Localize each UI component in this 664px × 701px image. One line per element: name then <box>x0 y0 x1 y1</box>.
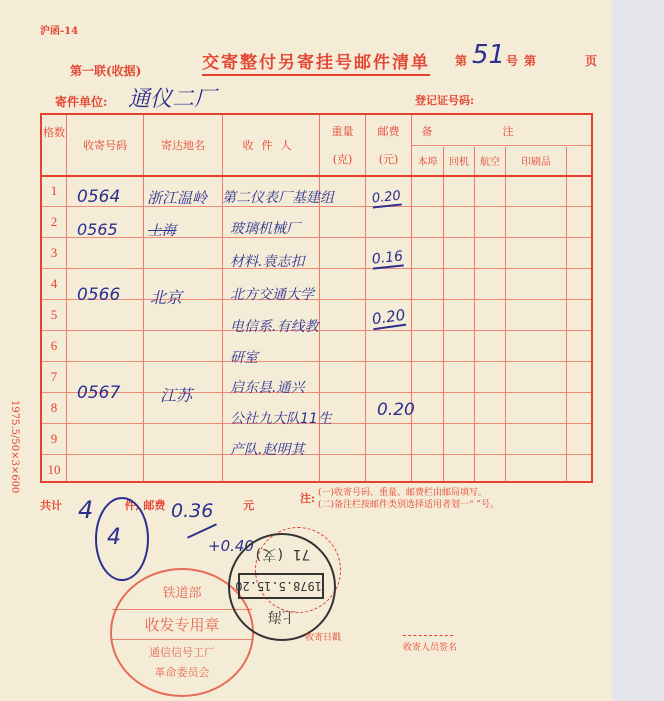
row-number: 10 <box>42 462 66 478</box>
postal-receipt-form: 沪函-14 第一联(收据) 交寄整付另寄挂号邮件清单 第 51 号第 页 寄件单… <box>0 0 612 701</box>
entry-recipient-line: 产队.赵明其 <box>230 439 304 459</box>
notes-label: 注: <box>300 492 315 505</box>
header-remarks: 备注 <box>412 123 593 139</box>
row-number: 6 <box>42 338 66 354</box>
entry-recipient-line: 启东县.通兴 <box>230 377 304 397</box>
postmark-bottom: 上海 <box>230 607 334 627</box>
postage-total-value: 0.36 <box>171 500 213 522</box>
entry-destination: 浙江温岭 <box>147 187 207 208</box>
entry-destination: 北京 <box>150 285 182 308</box>
entry-receipt-no: 0566 <box>77 285 120 305</box>
circled-count <box>95 497 149 581</box>
header-remarks-return: 回机 <box>444 153 474 168</box>
entry-receipt-no: 0567 <box>77 383 120 403</box>
row-number: 1 <box>42 183 66 199</box>
entry-recipient-line: 研室 <box>230 347 258 367</box>
postmark-date: 1978.5.15.20 <box>238 573 324 599</box>
entry-recipient-line: 公社九大队11生 <box>230 408 332 428</box>
yuan-label: 元 <box>243 499 254 512</box>
list-number-value: 51 <box>472 40 505 70</box>
header-row-count: 格数 <box>42 121 66 145</box>
seal-line: 革命委员会 <box>112 664 252 680</box>
entry-recipient-line: 材料.袁志扣 <box>230 251 304 271</box>
entry-recipient-line: 玻璃机械厂 <box>230 218 300 238</box>
entry-recipient-line: 电信系.有线教 <box>230 316 318 336</box>
entry-postage: 0.20 <box>371 189 402 209</box>
circled-count-value: 4 <box>107 525 121 550</box>
form-notes: 注: (一)收寄号码、重量、邮费栏由邮局填写。 (二)备注栏按邮件类别选择适用者… <box>300 487 499 511</box>
entry-receipt-no: 0565 <box>77 220 118 239</box>
document-title: 交寄整付另寄挂号邮件清单 <box>202 48 430 76</box>
entry-destination: 江苏 <box>160 383 192 406</box>
entry-postage: 0.20 <box>377 400 415 420</box>
postage-total-label: 邮费 <box>143 499 165 512</box>
signature-line <box>403 635 453 636</box>
seal-line: 通信信号工厂 <box>112 644 252 660</box>
entry-receipt-no: 0564 <box>77 187 120 207</box>
header-destination: 寄达地名 <box>144 137 222 153</box>
row-number: 2 <box>42 214 66 230</box>
row-number: 7 <box>42 369 66 385</box>
list-number-prefix: 第 <box>455 52 467 69</box>
header-remarks-local: 本埠 <box>412 153 443 168</box>
registration-label: 登记证号码: <box>415 92 474 108</box>
entry-recipient-line: 北方交通大学 <box>230 284 314 304</box>
row-number: 5 <box>42 307 66 323</box>
row-number: 8 <box>42 400 66 416</box>
print-run-text: 1975.5/50×3×600 <box>9 400 20 493</box>
mail-list-table: 格数 收寄号码 寄达地名 收件人 重量 (克) 邮费 (元) 备注 本埠 回机 … <box>40 113 593 483</box>
entry-postage: 0.16 <box>371 248 404 269</box>
pieces-value: 4 <box>78 496 93 524</box>
sender-label: 寄件单位: <box>55 93 107 110</box>
form-code: 沪函-14 <box>40 22 78 37</box>
row-number: 9 <box>42 431 66 447</box>
copy-label: 第一联(收据) <box>70 62 141 79</box>
total-label: 共计 件, 邮费 元 <box>40 497 254 513</box>
sender-value: 通仪二厂 <box>128 82 216 113</box>
receiver-signature-label: 收寄人员签名 <box>403 640 457 653</box>
row-number: 4 <box>42 276 66 292</box>
header-recipient: 收件人 <box>223 137 319 153</box>
postmark-date-label: 收寄日戳 <box>305 630 341 643</box>
header-remarks-printed: 印刷品 <box>506 153 566 168</box>
header-postage: 邮费 <box>366 123 411 139</box>
header-receipt-no: 收寄号码 <box>67 137 143 153</box>
entry-recipient-line: 第二仪表厂基建组 <box>222 187 334 207</box>
header-weight: 重量 <box>320 123 365 139</box>
list-number-suffix: 号第 <box>506 52 542 69</box>
header-weight-unit: (克) <box>320 151 365 167</box>
note-line: (一)收寄号码、重量、邮费栏由邮局填写。 <box>318 487 499 499</box>
entry-postage: 0.20 <box>371 306 407 330</box>
page-label: 页 <box>585 52 597 69</box>
header-remarks-airmail: 航空 <box>475 153 505 168</box>
note-line: (二)备注栏按邮件类别选择适用者划一“ ”号。 <box>318 499 499 511</box>
postmark-stamp: 71 (支) 1978.5.15.20 上海 <box>228 533 336 641</box>
postmark-top: 71 (支) <box>230 545 334 565</box>
header-postage-unit: (元) <box>366 151 411 167</box>
total-count-label: 共计 <box>40 499 62 512</box>
entry-destination: 上海 <box>148 220 176 240</box>
row-number: 3 <box>42 245 66 261</box>
